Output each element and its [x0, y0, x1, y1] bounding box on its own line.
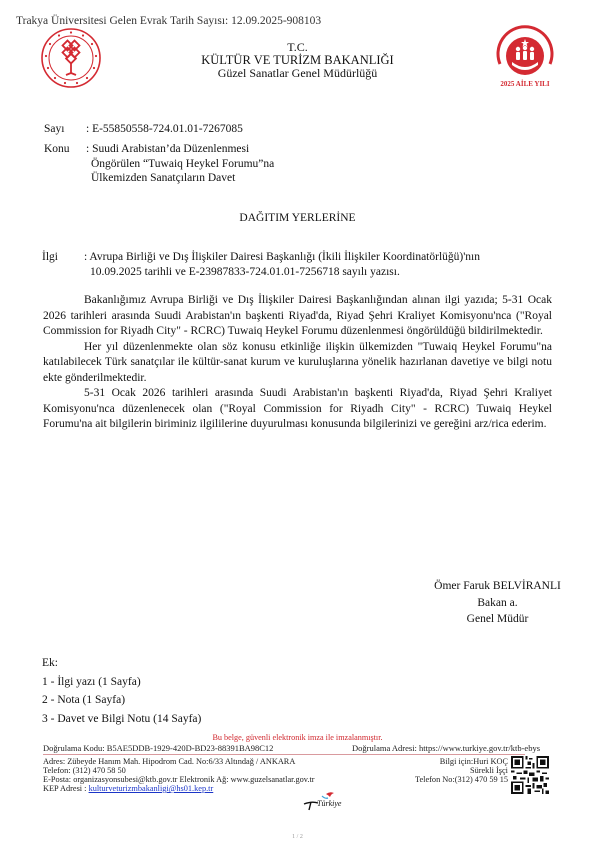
department-name: Güzel Sanatlar Genel Müdürlüğü	[150, 67, 445, 80]
body-paragraph: Bakanlığımız Avrupa Birliği ve Dış İlişk…	[43, 293, 552, 340]
body-paragraph: 5-31 Ocak 2026 tarihleri arasında Suudi …	[43, 386, 552, 433]
sayi-label: Sayı	[44, 122, 64, 137]
svg-text:Türkiye: Türkiye	[317, 799, 342, 808]
signature-block: Ömer Faruk BELVİRANLI Bakan a. Genel Müd…	[405, 578, 590, 628]
page-number: 1 / 2	[0, 834, 595, 840]
family-year-emblem-icon	[494, 24, 556, 86]
attachment-item: 3 - Davet ve Bilgi Notu (14 Sayfa)	[42, 710, 201, 729]
document-number-row: Sayı : E-55850558-724.01.01-7267085	[44, 122, 344, 137]
konu-label: Konu	[44, 142, 70, 157]
info-contact-name: Bilgi için:Huri KOÇ	[380, 757, 508, 766]
verification-address[interactable]: Doğrulama Adresi: https://www.turkiye.go…	[352, 743, 540, 753]
info-contact-role: Sürekli İşçi	[380, 766, 508, 775]
signer-title: Genel Müdür	[405, 611, 590, 628]
e-signature-note: Bu belge, güvenli elektronik imza ile im…	[0, 733, 595, 742]
subject-line: Ülkemizden Sanatçıların Davet	[86, 171, 274, 186]
footer-divider	[43, 754, 525, 755]
signer-authority: Bakan a.	[405, 595, 590, 612]
kep-address-link[interactable]: kulturveturizmbakanligi@hs01.kep.tr	[89, 784, 214, 793]
reference-line: 10.09.2025 tarihli ve E-23987833-724.01.…	[84, 265, 480, 280]
reference-label: İlgi	[42, 250, 58, 265]
footer-email-web[interactable]: E-Posta: organizasyonsubesi@ktb.gov.tr E…	[43, 775, 315, 784]
subject-row: Konu : Suudi Arabistan’da Düzenlenmesi Ö…	[44, 142, 364, 190]
attachments-list: Ek: 1 - İlgi yazı (1 Sayfa) 2 - Nota (1 …	[42, 654, 201, 728]
ministry-knot-emblem-icon	[40, 27, 102, 89]
verification-code: Doğrulama Kodu: B5AE5DDB-1929-420D-BD23-…	[43, 743, 273, 753]
footer-contact: Adres: Zübeyde Hanım Mah. Hipodrom Cad. …	[43, 757, 315, 793]
footer-address: Adres: Zübeyde Hanım Mah. Hipodrom Cad. …	[43, 757, 315, 766]
incoming-document-stamp: Trakya Üniversitesi Gelen Evrak Tarih Sa…	[16, 15, 321, 27]
attachment-item: 1 - İlgi yazı (1 Sayfa)	[42, 673, 201, 692]
footer-info-contact: Bilgi için:Huri KOÇ Sürekli İşçi Telefon…	[380, 757, 508, 784]
recipient-heading: DAĞITIM YERLERİNE	[0, 212, 595, 224]
body-paragraph: Her yıl düzenlenmekte olan söz konusu et…	[43, 340, 552, 387]
info-contact-phone: Telefon No:(312) 470 59 15	[380, 775, 508, 784]
signer-name: Ömer Faruk BELVİRANLI	[405, 578, 590, 595]
qr-code-icon	[511, 756, 549, 794]
subject-line: : Suudi Arabistan’da Düzenlenmesi	[86, 142, 274, 157]
attachments-label: Ek:	[42, 654, 201, 673]
attachment-item: 2 - Nota (1 Sayfa)	[42, 691, 201, 710]
subject-line: Öngörülen “Tuwaiq Heykel Forumu”na	[86, 157, 274, 172]
reference-line: : Avrupa Birliği ve Dış İlişkiler Daires…	[84, 250, 480, 265]
reference-block: İlgi : Avrupa Birliği ve Dış İlişkiler D…	[42, 250, 562, 282]
letter-body: Bakanlığımız Avrupa Birliği ve Dış İlişk…	[43, 293, 552, 433]
turkiye-logo-icon: Türkiye	[300, 790, 348, 812]
footer-phone: Telefon: (312) 470 58 50	[43, 766, 315, 775]
family-year-caption: 2025 AİLE YILI	[486, 80, 564, 88]
letterhead: T.C. KÜLTÜR VE TURİZM BAKANLIĞI Güzel Sa…	[150, 41, 445, 80]
sayi-value: : E-55850558-724.01.01-7267085	[86, 122, 243, 137]
kep-label: KEP Adresi :	[43, 784, 89, 793]
